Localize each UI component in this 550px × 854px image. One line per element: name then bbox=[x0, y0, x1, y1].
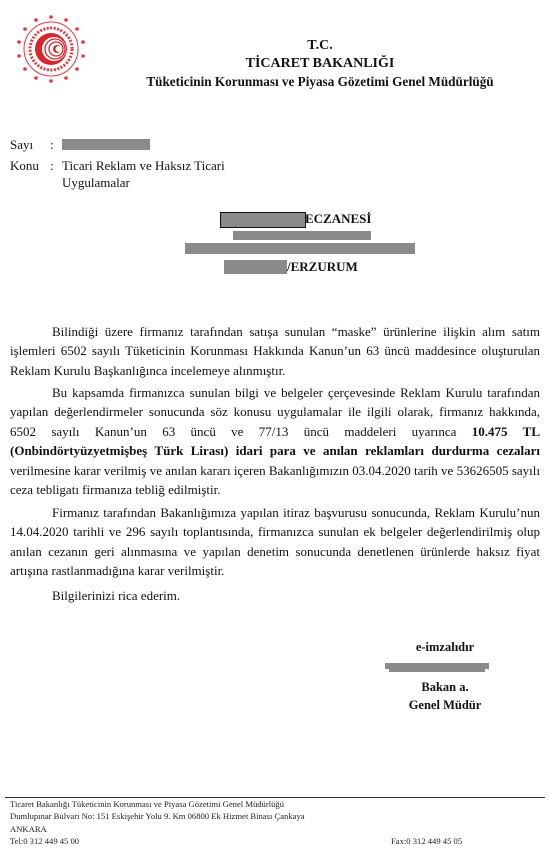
footer-line1: Ticaret Bakanlığı Tüketicinin Korunması … bbox=[10, 799, 284, 809]
signer-name-redacted-2 bbox=[389, 668, 485, 672]
paragraph-1-text: Bilindiği üzere firmanız tarafından satı… bbox=[10, 322, 540, 380]
signature-title-1: Bakan a. bbox=[340, 680, 550, 695]
closing-text: Bilgilerinizi rica ederim. bbox=[10, 586, 540, 605]
sayi-redacted bbox=[62, 139, 150, 150]
recipient-line3-redacted bbox=[185, 243, 415, 254]
paragraph-2: Bu kapsamda firmanızca sunulan bilgi ve … bbox=[10, 383, 540, 499]
recipient-name-redacted bbox=[220, 212, 306, 228]
header-tc: T.C. bbox=[90, 38, 550, 54]
recipient-line2-redacted bbox=[233, 231, 371, 240]
konu-label: Konu bbox=[10, 158, 39, 174]
footer-line2: Dumlupınar Bulvarı No: 151 Eskişehir Yol… bbox=[10, 811, 305, 821]
footer-tel: Tel:0 312 449 45 00 bbox=[10, 836, 79, 846]
header-ministry: TİCARET BAKANLIĞI bbox=[90, 56, 550, 72]
footer-divider bbox=[5, 797, 545, 798]
konu-colon: : bbox=[50, 158, 54, 174]
paragraph-2-part-a: Bu kapsamda firmanızca sunulan bilgi ve … bbox=[10, 385, 540, 439]
paragraph-3-text: Firmanız tarafından Bakanlığımıza yapıla… bbox=[10, 503, 540, 581]
header-directorate: Tüketicinin Korunması ve Piyasa Gözetimi… bbox=[90, 74, 550, 90]
sayi-colon: : bbox=[50, 137, 54, 153]
paragraph-2-text: Bu kapsamda firmanızca sunulan bilgi ve … bbox=[10, 383, 540, 499]
paragraph-1: Bilindiği üzere firmanız tarafından satı… bbox=[10, 322, 540, 380]
paragraph-2-part-b: verilmesine karar verilmiş ve anılan kar… bbox=[10, 463, 540, 497]
ministry-seal-icon bbox=[14, 12, 88, 86]
recipient-district-redacted bbox=[224, 260, 287, 274]
konu-line2: Uygulamalar bbox=[62, 175, 130, 191]
footer-fax: Fax:0 312 449 45 05 bbox=[391, 836, 462, 846]
paragraph-4: Bilgilerinizi rica ederim. bbox=[10, 586, 540, 605]
footer-line3: ANKARA bbox=[10, 824, 47, 834]
paragraph-3: Firmanız tarafından Bakanlığımıza yapıla… bbox=[10, 503, 540, 581]
e-signature-status: e-imzalıdır bbox=[340, 640, 550, 655]
konu-line1: Ticari Reklam ve Haksız Ticari bbox=[62, 158, 225, 174]
sayi-label: Sayı bbox=[10, 137, 33, 153]
recipient-city: /ERZURUM bbox=[287, 259, 358, 275]
recipient-line1: ECZANESİ bbox=[305, 211, 371, 227]
signature-title-2: Genel Müdür bbox=[340, 698, 550, 713]
